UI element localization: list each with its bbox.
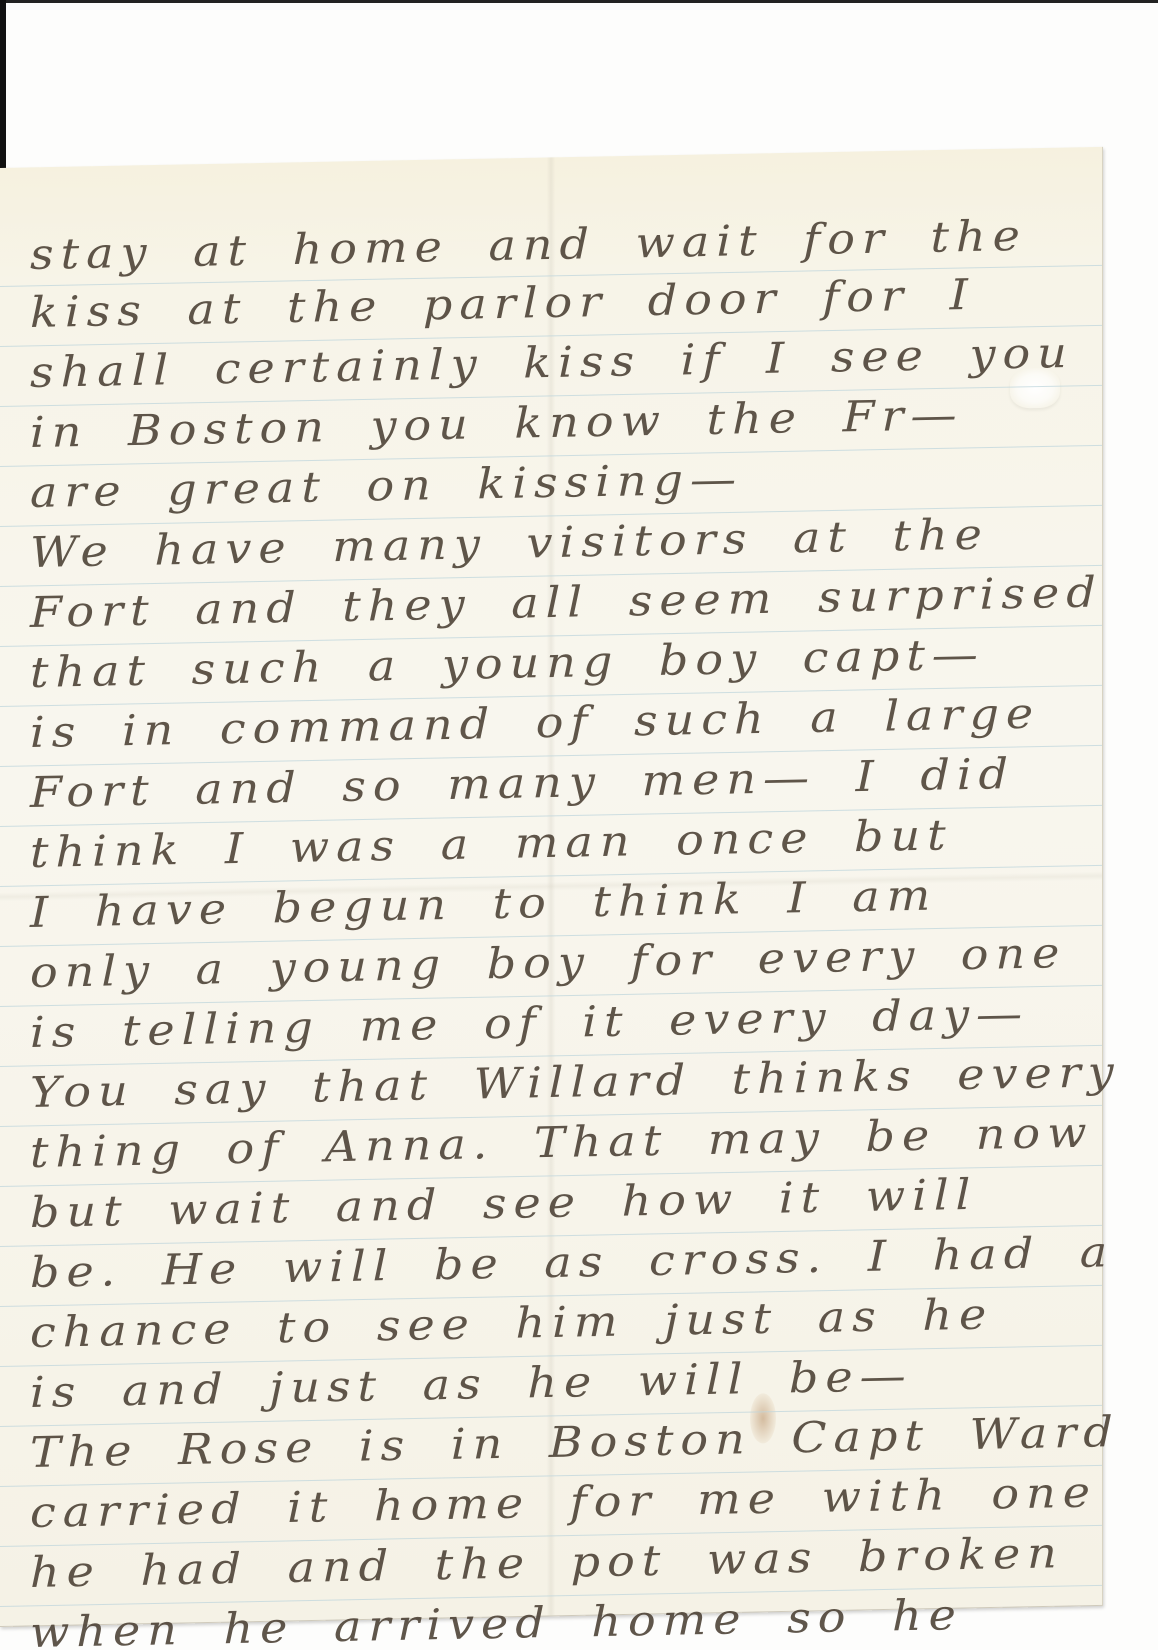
letter-page: stay at home and wait for the kiss at th… bbox=[0, 147, 1103, 1627]
handwritten-text: stay at home and wait for the kiss at th… bbox=[0, 147, 1102, 1626]
text-line: be. He will be as cross. I had a bbox=[30, 1231, 1080, 1293]
text-line: is and just as he will be— bbox=[30, 1351, 1080, 1413]
text-line: Fort and they all seem surprised bbox=[30, 571, 1080, 633]
text-line: You say that Willard thinks every bbox=[30, 1051, 1080, 1113]
text-line: thing of Anna. That may be now bbox=[30, 1111, 1080, 1173]
text-line: I have begun to think I am bbox=[30, 871, 1080, 933]
text-line: kiss at the parlor door for I bbox=[30, 271, 1080, 333]
text-line: that such a young boy capt— bbox=[30, 631, 1080, 693]
text-line: is telling me of it every day— bbox=[30, 991, 1080, 1053]
scan-edge-left bbox=[0, 0, 6, 195]
scan-edge-top bbox=[0, 0, 1158, 3]
text-line: stay at home and wait for the bbox=[30, 213, 1080, 275]
text-line: chance to see him just as he bbox=[30, 1291, 1080, 1353]
text-line: Fort and so many men— I did bbox=[30, 751, 1080, 813]
text-line: in Boston you know the Fr— bbox=[30, 391, 1080, 453]
text-line: is in command of such a large bbox=[30, 691, 1080, 753]
text-line: think I was a man once but bbox=[30, 811, 1080, 873]
text-line: he had and the pot was broken bbox=[30, 1531, 1080, 1593]
text-line: We have many visitors at the bbox=[30, 511, 1080, 573]
text-line: shall certainly kiss if I see you bbox=[30, 331, 1080, 393]
text-line: carried it home for me with one bbox=[30, 1471, 1080, 1533]
text-line: are great on kissing— bbox=[30, 451, 1080, 513]
text-line: The Rose is in Boston Capt Ward bbox=[30, 1411, 1080, 1473]
text-line: but wait and see how it will bbox=[30, 1171, 1080, 1233]
text-line: only a young boy for every one bbox=[30, 931, 1080, 993]
text-line: when he arrived home so he bbox=[30, 1591, 1080, 1650]
